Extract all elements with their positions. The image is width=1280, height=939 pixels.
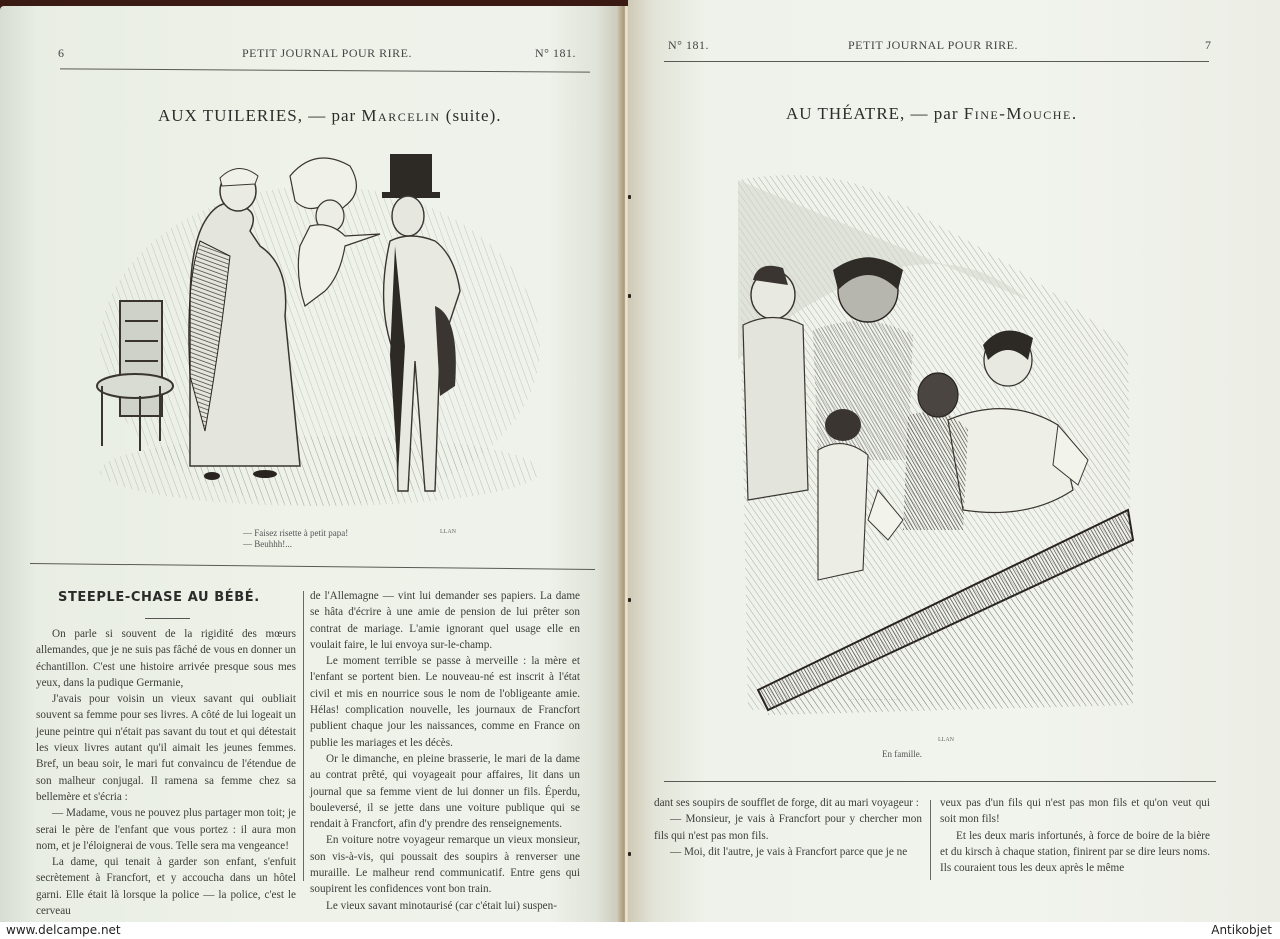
title-text: AUX TUILERIES, — par (158, 106, 361, 125)
paragraph: En voiture notre voyageur remarque un vi… (310, 832, 580, 897)
engraver-signature: LLAN (440, 529, 456, 535)
binding-hole (628, 195, 631, 199)
heading-underline (145, 618, 190, 619)
paragraph: La dame, qui tenait à garder son enfant,… (36, 854, 296, 919)
page-number: 7 (1205, 38, 1212, 53)
engraver-signature: LLAN (938, 737, 954, 743)
article-column-2: veux pas d'un fils qui n'est pas mon fil… (940, 795, 1210, 876)
paragraph: de l'Allemagne — vint lui demander ses p… (310, 588, 580, 653)
svg-text:. . . . . . . . . . . . . . .: . . . . . . . . . . . . . . . . . . . . … (848, 696, 900, 701)
caption: En famille. (882, 749, 922, 760)
scanned-spread: 6 PETIT JOURNAL POUR RIRE. N° 181. AUX T… (0, 0, 1280, 922)
paragraph: veux pas d'un fils qui n'est pas mon fil… (940, 795, 1210, 828)
watermark-bar: www.delcampe.net Antikobjet (0, 922, 1280, 939)
illustration-title: AUX TUILERIES, — par Marcelin (suite). (158, 106, 501, 126)
paragraph: Le moment terrible se passe à merveille … (310, 653, 580, 751)
paragraph: Or le dimanche, en pleine brasserie, le … (310, 751, 580, 832)
column-separator (930, 800, 931, 880)
paragraph: — Moi, dit l'autre, je vais à Francfort … (654, 844, 922, 860)
running-title: PETIT JOURNAL POUR RIRE. (848, 38, 1018, 53)
article-column-1: dant ses soupirs de soufflet de forge, d… (654, 795, 922, 860)
header-rule (60, 68, 590, 72)
watermark-left: www.delcampe.net (6, 923, 121, 937)
binding-hole (628, 294, 631, 298)
section-rule (664, 781, 1216, 782)
page-number: 6 (58, 46, 65, 61)
caption: — Faisez risette à petit papa! — Beuhhh!… (243, 528, 348, 550)
binding-hole (628, 598, 631, 602)
issue-number: N° 181. (668, 38, 709, 53)
engraving-theatre-box-family: . . . . . . . . . . . . . . . . . . . . … (728, 160, 1143, 730)
section-rule (30, 563, 595, 570)
paragraph: J'avais pour voisin un vieux savant qui … (36, 691, 296, 805)
article-heading: STEEPLE-CHASE AU BÉBÉ. (58, 590, 260, 605)
title-suffix: (suite). (441, 106, 502, 125)
column-separator (303, 591, 304, 881)
title-suffix: . (1072, 104, 1077, 123)
title-author: Fine-Mouche (964, 104, 1072, 123)
article-column-1: On parle si souvent de la rigidité des m… (36, 626, 296, 919)
running-title: PETIT JOURNAL POUR RIRE. (242, 46, 412, 61)
header-rule (664, 61, 1209, 62)
paragraph: dant ses soupirs de soufflet de forge, d… (654, 795, 922, 811)
paragraph: Le vieux savant minotaurisé (car c'était… (310, 898, 580, 914)
title-author: Marcelin (361, 106, 440, 125)
paragraph: — Monsieur, je vais à Francfort pour y c… (654, 811, 922, 844)
paragraph: On parle si souvent de la rigidité des m… (36, 626, 296, 691)
paragraph: Et les deux maris infortunés, à force de… (940, 828, 1210, 877)
right-page: N° 181. PETIT JOURNAL POUR RIRE. 7 AU TH… (628, 0, 1280, 922)
watermark-right: Antikobjet (1211, 923, 1272, 937)
binding-hole (628, 852, 631, 856)
left-page: 6 PETIT JOURNAL POUR RIRE. N° 181. AUX T… (0, 6, 622, 922)
issue-number: N° 181. (535, 46, 576, 61)
caption-line: — Faisez risette à petit papa! (243, 528, 348, 539)
title-text: AU THÉATRE, — par (786, 104, 964, 123)
illustration-title: AU THÉATRE, — par Fine-Mouche. (786, 104, 1077, 124)
article-column-2: de l'Allemagne — vint lui demander ses p… (310, 588, 580, 914)
paragraph: — Madame, vous ne pouvez plus partager m… (36, 805, 296, 854)
engraving-nurse-baby-gentleman (90, 146, 550, 516)
caption-line: — Beuhhh!... (243, 539, 348, 550)
